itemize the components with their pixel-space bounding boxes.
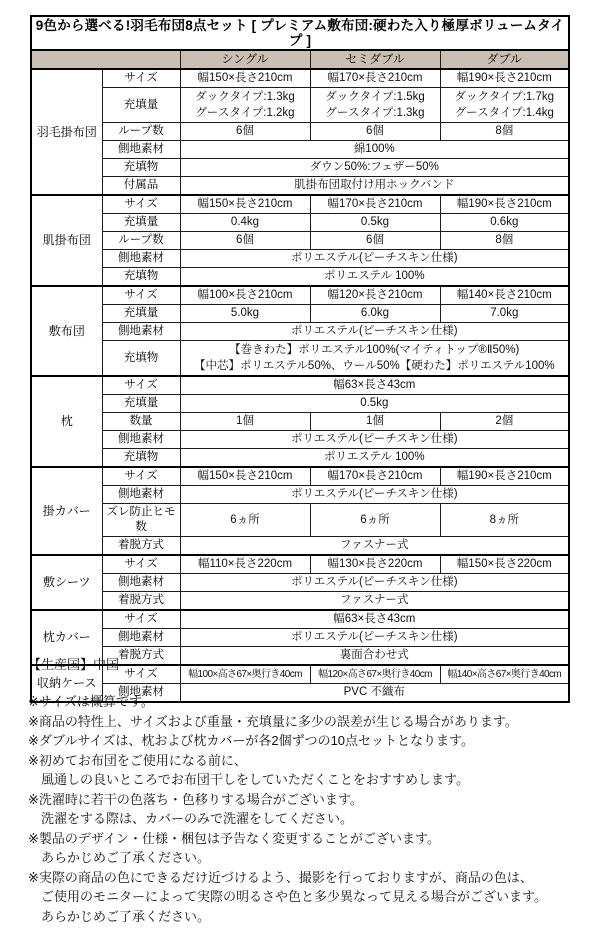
spec-value-line: グースタイプ:1.2kg xyxy=(183,105,308,121)
spec-value: 0.6kg xyxy=(440,214,569,232)
spec-value-line: ダックタイプ:1.5kg xyxy=(313,89,438,105)
spec-row: 充填物ダウン50%:フェザー50% xyxy=(31,159,569,177)
note-line: ※洗濯時に若干の色落ち・色移りする場合がございます。 xyxy=(28,790,588,810)
spec-value-line: ダックタイプ:1.7kg xyxy=(443,89,567,105)
spec-value: 幅190×長さ210cm xyxy=(440,195,569,214)
spec-row: 充填物ポリエステル 100% xyxy=(31,449,569,468)
spec-value: 幅170×長さ210cm xyxy=(310,195,440,214)
spec-value: ファスナー式 xyxy=(180,592,569,611)
footer-notes-block: 【生産国】中国 ※サイズは概算です。※商品の特性上、サイズおよび重量・充填量に多… xyxy=(28,655,588,926)
table-title: 9色から選べる!羽毛布団8点セット [ プレミアム敷布団:硬わた入り極厚ボリュー… xyxy=(31,16,569,50)
spec-section: 枕サイズ幅63×長さ43cm充填量0.5kg数量1個1個2個側地素材ポリエステル… xyxy=(31,376,569,467)
spec-label: サイズ xyxy=(102,610,180,629)
spec-label: 充填量 xyxy=(102,88,180,123)
spec-value: ダックタイプ:1.5kgグースタイプ:1.3kg xyxy=(310,88,440,123)
spec-value: 1個 xyxy=(310,413,440,431)
category-cell: 掛カバー xyxy=(31,467,102,555)
spec-value: 6ヵ所 xyxy=(180,504,310,537)
column-header-semidouble: セミダブル xyxy=(310,50,440,69)
spec-label: 側地素材 xyxy=(102,250,180,268)
spec-value-line: グースタイプ:1.4kg xyxy=(443,105,567,121)
product-spec-sheet: 9色から選べる!羽毛布団8点セット [ プレミアム敷布団:硬わた入り極厚ボリュー… xyxy=(0,0,600,943)
spec-value: 8ヵ所 xyxy=(440,504,569,537)
spec-value: ポリエステル(ピーチスキン仕様) xyxy=(180,250,569,268)
spec-label: サイズ xyxy=(102,69,180,88)
spec-value: 8個 xyxy=(440,123,569,141)
spec-value: 0.5kg xyxy=(180,395,569,413)
spec-value-line: グースタイプ:1.3kg xyxy=(313,105,438,121)
note-line: ※商品の特性上、サイズおよび重量・充填量に多少の誤差が生じる場合があります。 xyxy=(28,712,588,732)
spec-value: 5.0kg xyxy=(180,305,310,323)
corner-cell xyxy=(31,50,180,69)
spec-label: 側地素材 xyxy=(102,574,180,592)
spec-value: 6ヵ所 xyxy=(310,504,440,537)
spec-value-line: ダックタイプ:1.3kg xyxy=(183,89,308,105)
spec-label: サイズ xyxy=(102,195,180,214)
spec-row: 側地素材ポリエステル(ピーチスキン仕様) xyxy=(31,486,569,504)
spec-value: 6個 xyxy=(180,123,310,141)
spec-section: 敷布団サイズ幅100×長さ210cm幅120×長さ210cm幅140×長さ210… xyxy=(31,286,569,376)
spec-row: 付属品肌掛布団取付け用ホックバンド xyxy=(31,177,569,196)
spec-value: ダックタイプ:1.3kgグースタイプ:1.2kg xyxy=(180,88,310,123)
note-line: 風通しの良いところでお布団干しをしていただくことをおすすめします。 xyxy=(28,770,588,790)
spec-value: ポリエステル(ピーチスキン仕様) xyxy=(180,486,569,504)
spec-value: 幅130×長さ220cm xyxy=(310,555,440,574)
note-line: ※実際の商品の色にできるだけ近づけるよう、撮影を行っておりますが、商品の色は、 xyxy=(28,868,588,888)
spec-row: 側地素材ポリエステル(ピーチスキン仕様) xyxy=(31,574,569,592)
spec-row: 側地素材ポリエステル(ピーチスキン仕様) xyxy=(31,323,569,341)
spec-value: 2個 xyxy=(440,413,569,431)
spec-value: ダウン50%:フェザー50% xyxy=(180,159,569,177)
spec-row: 側地素材ポリエステル(ピーチスキン仕様) xyxy=(31,629,569,647)
column-header-double: ダブル xyxy=(440,50,569,69)
spec-value: ポリエステル 100% xyxy=(180,449,569,468)
spec-section: 掛カバーサイズ幅150×長さ210cm幅170×長さ210cm幅190×長さ21… xyxy=(31,467,569,555)
spec-value: 幅190×長さ210cm xyxy=(440,467,569,486)
spec-table-wrap: 9色から選べる!羽毛布団8点セット [ プレミアム敷布団:硬わた入り極厚ボリュー… xyxy=(30,15,570,703)
spec-value: ポリエステル(ピーチスキン仕様) xyxy=(180,574,569,592)
spec-section: 羽毛掛布団サイズ幅150×長さ210cm幅170×長さ210cm幅190×長さ2… xyxy=(31,69,569,195)
spec-value-line: 【中芯】ポリエステル50%、ウール50%【硬わた】ポリエステル100% xyxy=(183,358,567,374)
spec-label: 充填物 xyxy=(102,159,180,177)
note-line: ※製品のデザイン・仕様・梱包は予告なく変更することがございます。 xyxy=(28,829,588,849)
spec-row: 着脱方式ファスナー式 xyxy=(31,592,569,611)
spec-value: 0.4kg xyxy=(180,214,310,232)
size-columns-row: シングル セミダブル ダブル xyxy=(31,50,569,69)
spec-label: 着脱方式 xyxy=(102,592,180,611)
spec-value: 幅120×長さ210cm xyxy=(310,286,440,305)
note-line: ※ダブルサイズは、枕および枕カバーが各2個ずつの10点セットとなります。 xyxy=(28,731,588,751)
spec-row: 側地素材綿100% xyxy=(31,141,569,159)
spec-label: 側地素材 xyxy=(102,629,180,647)
spec-row: 充填量0.5kg xyxy=(31,395,569,413)
spec-value: 幅150×長さ210cm xyxy=(180,195,310,214)
spec-value: 幅150×長さ210cm xyxy=(180,69,310,88)
spec-value: 幅150×長さ210cm xyxy=(180,467,310,486)
spec-row: 羽毛掛布団サイズ幅150×長さ210cm幅170×長さ210cm幅190×長さ2… xyxy=(31,69,569,88)
table-title-row: 9色から選べる!羽毛布団8点セット [ プレミアム敷布団:硬わた入り極厚ボリュー… xyxy=(31,16,569,50)
spec-value: ポリエステル 100% xyxy=(180,268,569,287)
note-line: ※初めてお布団をご使用になる前に、 xyxy=(28,751,588,771)
spec-row: 敷布団サイズ幅100×長さ210cm幅120×長さ210cm幅140×長さ210… xyxy=(31,286,569,305)
spec-value: 幅190×長さ210cm xyxy=(440,69,569,88)
note-line: 洗濯をする際は、カバーのみで洗濯をしてください。 xyxy=(28,809,588,829)
spec-value: 8個 xyxy=(440,232,569,250)
spec-row: 肌掛布団サイズ幅150×長さ210cm幅170×長さ210cm幅190×長さ21… xyxy=(31,195,569,214)
spec-value: 幅100×長さ210cm xyxy=(180,286,310,305)
spec-label: サイズ xyxy=(102,467,180,486)
spec-section: 肌掛布団サイズ幅150×長さ210cm幅170×長さ210cm幅190×長さ21… xyxy=(31,195,569,286)
spec-label: サイズ xyxy=(102,286,180,305)
spec-value: 1個 xyxy=(180,413,310,431)
spec-value: ポリエステル(ピーチスキン仕様) xyxy=(180,323,569,341)
spec-value: 6個 xyxy=(310,232,440,250)
spec-row: 数量1個1個2個 xyxy=(31,413,569,431)
spec-value: 幅110×長さ220cm xyxy=(180,555,310,574)
spec-label: 充填物 xyxy=(102,268,180,287)
spec-row: ループ数6個6個8個 xyxy=(31,123,569,141)
spec-label: 側地素材 xyxy=(102,486,180,504)
note-line: ※サイズは概算です。 xyxy=(28,692,588,712)
spec-value-line: 【巻きわた】ポリエステル100%(マイティトップ®Ⅱ50%) xyxy=(183,342,567,358)
column-header-single: シングル xyxy=(180,50,310,69)
spec-value: 綿100% xyxy=(180,141,569,159)
spec-row: 敷シーツサイズ幅110×長さ220cm幅130×長さ220cm幅150×長さ22… xyxy=(31,555,569,574)
note-line: あらかじめご了承ください。 xyxy=(28,907,588,927)
spec-value: 7.0kg xyxy=(440,305,569,323)
spec-value: 【巻きわた】ポリエステル100%(マイティトップ®Ⅱ50%)【中芯】ポリエステル… xyxy=(180,341,569,377)
spec-label: 充填量 xyxy=(102,214,180,232)
spec-row: 掛カバーサイズ幅150×長さ210cm幅170×長さ210cm幅190×長さ21… xyxy=(31,467,569,486)
spec-row: 側地素材ポリエステル(ピーチスキン仕様) xyxy=(31,431,569,449)
note-line: あらかじめご了承ください。 xyxy=(28,848,588,868)
spec-value: 幅63×長さ43cm xyxy=(180,610,569,629)
spec-value: 幅140×長さ210cm xyxy=(440,286,569,305)
spec-label: 充填物 xyxy=(102,341,180,377)
category-cell: 敷布団 xyxy=(31,286,102,376)
spec-row: ズレ防止ヒモ数6ヵ所6ヵ所8ヵ所 xyxy=(31,504,569,537)
spec-label: サイズ xyxy=(102,555,180,574)
spec-value: 幅63×長さ43cm xyxy=(180,376,569,395)
spec-label: 側地素材 xyxy=(102,323,180,341)
spec-label: 付属品 xyxy=(102,177,180,196)
spec-value: 6個 xyxy=(180,232,310,250)
spec-value: 幅170×長さ210cm xyxy=(310,69,440,88)
spec-label: 着脱方式 xyxy=(102,537,180,556)
spec-value: ポリエステル(ピーチスキン仕様) xyxy=(180,629,569,647)
spec-row: 充填量ダックタイプ:1.3kgグースタイプ:1.2kgダックタイプ:1.5kgグ… xyxy=(31,88,569,123)
country-of-origin: 【生産国】中国 xyxy=(28,655,588,674)
spec-value: 幅150×長さ220cm xyxy=(440,555,569,574)
spec-label: サイズ xyxy=(102,376,180,395)
spec-row: 充填物ポリエステル 100% xyxy=(31,268,569,287)
spec-row: 枕カバーサイズ幅63×長さ43cm xyxy=(31,610,569,629)
spec-table: 9色から選べる!羽毛布団8点セット [ プレミアム敷布団:硬わた入り極厚ボリュー… xyxy=(30,15,570,703)
spec-label: 充填量 xyxy=(102,395,180,413)
spec-value: ポリエステル(ピーチスキン仕様) xyxy=(180,431,569,449)
spec-value: 6個 xyxy=(310,123,440,141)
spec-section: 敷シーツサイズ幅110×長さ220cm幅130×長さ220cm幅150×長さ22… xyxy=(31,555,569,610)
spec-value: ダックタイプ:1.7kgグースタイプ:1.4kg xyxy=(440,88,569,123)
spec-row: 着脱方式ファスナー式 xyxy=(31,537,569,556)
notes-list: ※サイズは概算です。※商品の特性上、サイズおよび重量・充填量に多少の誤差が生じる… xyxy=(28,692,588,926)
spec-row: 充填量0.4kg0.5kg0.6kg xyxy=(31,214,569,232)
spec-label: 充填物 xyxy=(102,449,180,468)
spec-row: 充填物【巻きわた】ポリエステル100%(マイティトップ®Ⅱ50%)【中芯】ポリエ… xyxy=(31,341,569,377)
spec-value: 6.0kg xyxy=(310,305,440,323)
spec-row: 側地素材ポリエステル(ピーチスキン仕様) xyxy=(31,250,569,268)
spec-label: 側地素材 xyxy=(102,141,180,159)
spec-label: ズレ防止ヒモ数 xyxy=(102,504,180,537)
spec-row: 充填量5.0kg6.0kg7.0kg xyxy=(31,305,569,323)
spec-label: ループ数 xyxy=(102,232,180,250)
spec-label: 側地素材 xyxy=(102,431,180,449)
category-cell: 肌掛布団 xyxy=(31,195,102,286)
spec-label: ループ数 xyxy=(102,123,180,141)
category-cell: 敷シーツ xyxy=(31,555,102,610)
spec-label: 充填量 xyxy=(102,305,180,323)
spec-value: 幅170×長さ210cm xyxy=(310,467,440,486)
spec-row: 枕サイズ幅63×長さ43cm xyxy=(31,376,569,395)
spec-value: ファスナー式 xyxy=(180,537,569,556)
spec-row: ループ数6個6個8個 xyxy=(31,232,569,250)
spec-value: 0.5kg xyxy=(310,214,440,232)
note-line: ご使用のモニターによって実際の明るさや色と多少異なって見える場合がございます。 xyxy=(28,887,588,907)
category-cell: 枕 xyxy=(31,376,102,467)
spec-value: 肌掛布団取付け用ホックバンド xyxy=(180,177,569,196)
spec-label: 数量 xyxy=(102,413,180,431)
category-cell: 羽毛掛布団 xyxy=(31,69,102,195)
